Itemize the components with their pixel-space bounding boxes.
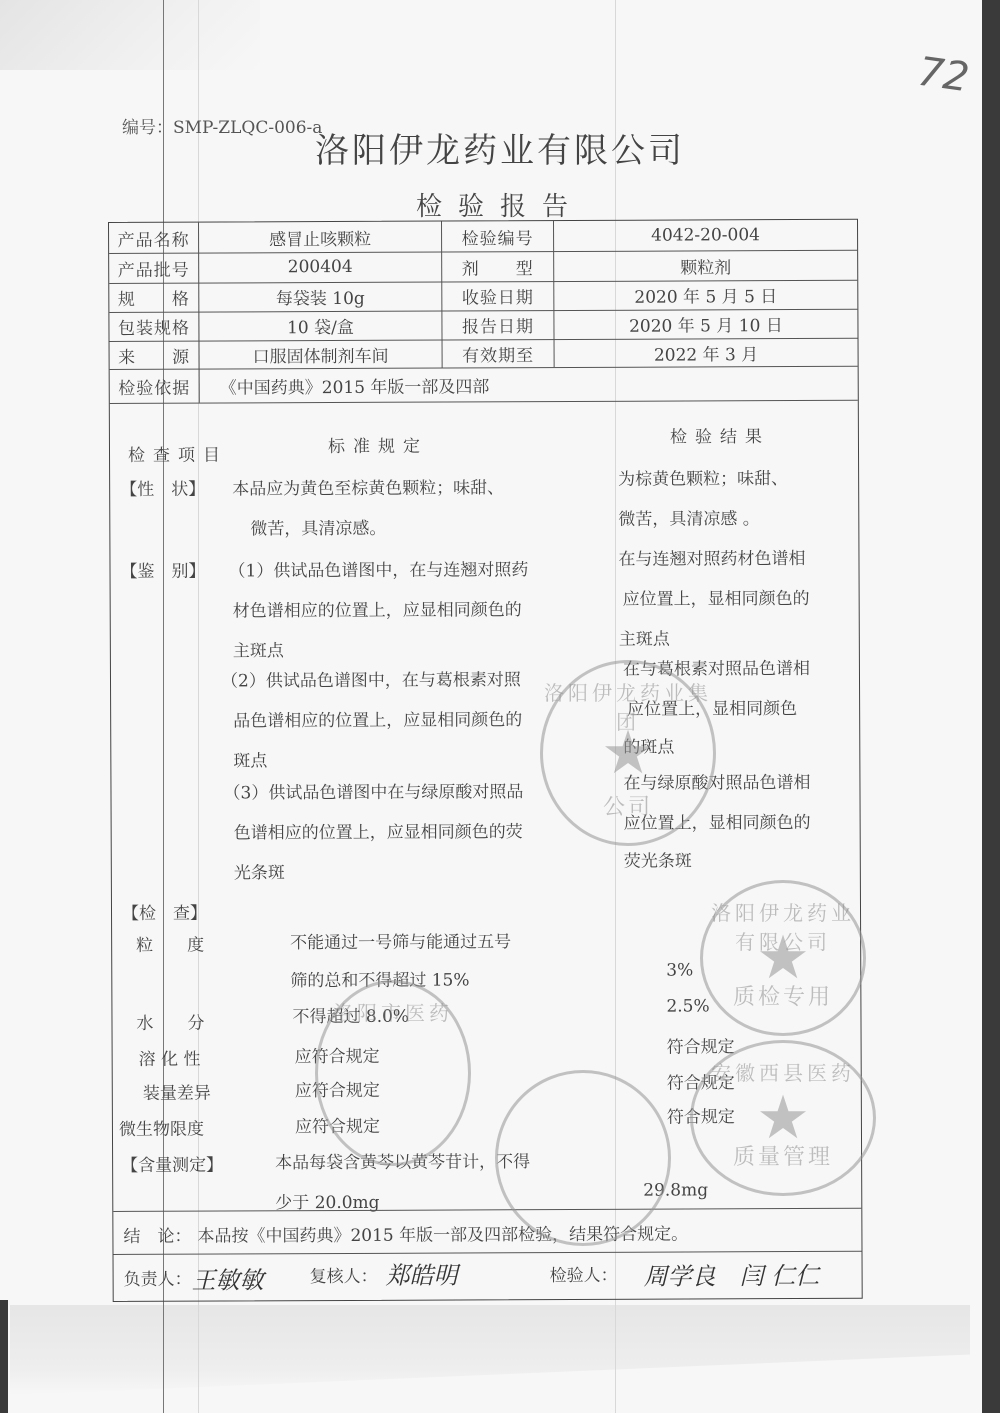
- basis-row: 检验依据 《中国药典》2015 年版一部及四部: [110, 366, 858, 404]
- field-value-dosage-form: 颗粒剂: [554, 250, 857, 281]
- field-value-receive-date: 2020 年 5 月 5 日: [554, 280, 857, 310]
- standard-text: 应符合规定: [295, 1042, 380, 1067]
- field-label: 产品名称: [109, 223, 199, 253]
- standard-text: 微苦，具清凉感。: [250, 514, 386, 540]
- standard-text: 光条斑: [234, 858, 285, 883]
- check-item-name: 溶 化 性: [139, 1045, 201, 1070]
- field-value-report-date: 2020 年 5 月 10 日: [554, 309, 857, 339]
- info-row: 规 格 每袋装 10g 收验日期 2020 年 5 月 5 日: [109, 280, 857, 313]
- section-label-inspection: 【检 查】: [122, 899, 207, 924]
- result-value: 3%: [666, 960, 693, 980]
- column-header-item: 检查项目: [128, 440, 228, 465]
- field-label: 产品批号: [109, 253, 199, 283]
- field-label: 包装规格: [109, 312, 199, 341]
- signature-row: 负责人： 王敏敏 复核人： 郑皓明 检验人： 周学良 闫 仁仁: [113, 1250, 861, 1299]
- check-item-name: 装量差异: [143, 1079, 211, 1104]
- standard-text: 不得超过 8.0%: [292, 1002, 409, 1028]
- result-value: 符合规定: [667, 1032, 735, 1057]
- standard-text: 材色谱相应的位置上，应显相同颜色的: [233, 595, 522, 621]
- field-value-spec: 每袋装 10g: [199, 282, 442, 312]
- check-item-name: 水 分: [136, 1009, 204, 1034]
- column-header-standard: 标准规定: [328, 432, 428, 457]
- info-row: 来 源 口服固体制剂车间 有效期至 2022 年 3 月: [110, 338, 858, 370]
- responsible-label: 负责人：: [124, 1265, 192, 1290]
- result-text: 在与连翘对照药材色谱相: [618, 544, 805, 570]
- inspector-signature: 周学良 闫 仁仁: [644, 1256, 820, 1292]
- responsible-signature: 王敏敏: [192, 1260, 264, 1295]
- field-label: 报告日期: [442, 310, 554, 339]
- field-label: 来 源: [110, 341, 200, 369]
- field-label: 检验依据: [110, 369, 200, 403]
- field-value-product-name: 感冒止咳颗粒: [199, 222, 442, 253]
- standard-text: 色谱相应的位置上，应显相同颜色的荧: [234, 817, 523, 843]
- standard-text: 主斑点: [233, 636, 284, 661]
- standard-text: （3）供试品色谱图中在与绿原酸对照品: [223, 777, 523, 803]
- info-row: 产品名称 感冒止咳颗粒 检验编号 4042-20-004: [109, 220, 857, 254]
- inspector-label: 检验人：: [550, 1261, 618, 1286]
- check-item-name: 粒 度: [136, 931, 204, 956]
- result-value: 符合规定: [667, 1068, 735, 1093]
- conclusion-row: 结 论： 本品按《中国药典》2015 年版一部及四部检验，结果符合规定。: [113, 1208, 861, 1255]
- standard-text: 本品每袋含黄芩以黄芩苷计，不得: [275, 1147, 530, 1173]
- field-value-source: 口服固体制剂车间: [200, 340, 443, 369]
- section-label-appearance: 【性 状】: [120, 475, 205, 500]
- result-text: 应位置上，显相同颜色: [627, 694, 797, 720]
- standard-text: （1）供试品色谱图中，在与连翘对照药: [228, 555, 528, 581]
- standard-text: 筛的总和不得超过 15%: [290, 965, 469, 991]
- field-label: 剂 型: [442, 251, 554, 281]
- standard-text: 应符合规定: [295, 1076, 380, 1101]
- handwritten-page-number: 72: [915, 49, 972, 102]
- conclusion-label: 结 论：: [123, 1222, 191, 1247]
- scan-edge-left: [0, 1300, 8, 1413]
- result-text: 为棕黄色颗粒；味甜、: [618, 464, 788, 490]
- result-text: 应位置上，显相同颜色的: [624, 808, 811, 834]
- standard-text: 不能通过一号筛与能通过五号: [290, 927, 511, 953]
- section-label-assay: 【含量测定】: [121, 1151, 223, 1176]
- company-name: 洛阳伊龙药业有限公司: [0, 123, 1000, 172]
- standard-text: 斑点: [233, 746, 267, 771]
- check-item-name: 微生物限度: [119, 1115, 204, 1140]
- scan-shading-bottom: [10, 1305, 970, 1395]
- column-header-result: 检验结果: [670, 422, 770, 447]
- reviewer-signature: 郑皓明: [386, 1255, 458, 1290]
- result-value: 符合规定: [667, 1102, 735, 1127]
- field-value-batch-no: 200404: [199, 252, 442, 283]
- info-row: 包装规格 10 袋/盒 报告日期 2020 年 5 月 10 日: [109, 309, 857, 342]
- standard-text: 本品应为黄色至棕黄色颗粒；味甜、: [232, 473, 504, 499]
- standard-text: 品色谱相应的位置上，应显相同颜色的: [233, 705, 522, 731]
- field-value-basis: 《中国药典》2015 年版一部及四部: [200, 366, 858, 403]
- field-label: 规 格: [109, 283, 199, 312]
- field-label: 检验编号: [442, 221, 554, 251]
- report-title: 检验报告: [0, 186, 1000, 223]
- info-row: 产品批号 200404 剂 型 颗粒剂: [109, 250, 857, 284]
- field-label: 有效期至: [443, 339, 555, 367]
- results-body: 检查项目 标准规定 检验结果 【性 状】 本品应为黄色至棕黄色颗粒；味甜、 微苦…: [110, 426, 861, 1193]
- field-label: 收验日期: [442, 281, 554, 310]
- standard-text: 应符合规定: [295, 1112, 380, 1137]
- field-value-expiry: 2022 年 3 月: [555, 338, 858, 367]
- reviewer-label: 复核人：: [310, 1262, 378, 1287]
- inspection-report-form: 产品名称 感冒止咳颗粒 检验编号 4042-20-004 产品批号 200404…: [108, 219, 863, 1302]
- section-label-identification: 【鉴 别】: [120, 557, 205, 582]
- result-text: 在与绿原酸对照品色谱相: [623, 768, 810, 794]
- field-value-packaging: 10 袋/盒: [199, 311, 442, 341]
- result-text: 的斑点: [623, 733, 674, 758]
- result-text: 主斑点: [619, 625, 670, 650]
- result-text: 微苦，具清凉感 。: [618, 504, 760, 530]
- field-value-inspection-no: 4042-20-004: [554, 220, 857, 251]
- result-text: 荧光条斑: [624, 846, 692, 871]
- standard-text: （2）供试品色谱图中，在与葛根素对照: [221, 665, 521, 691]
- scan-shading-top: [0, 0, 260, 70]
- result-value: 2.5%: [666, 996, 709, 1016]
- result-text: 应位置上，显相同颜色的: [623, 584, 810, 610]
- result-value: 29.8mg: [643, 1180, 708, 1200]
- result-text: 在与葛根素对照品色谱相: [623, 654, 810, 680]
- conclusion-text: 本品按《中国药典》2015 年版一部及四部检验，结果符合规定。: [197, 1219, 688, 1246]
